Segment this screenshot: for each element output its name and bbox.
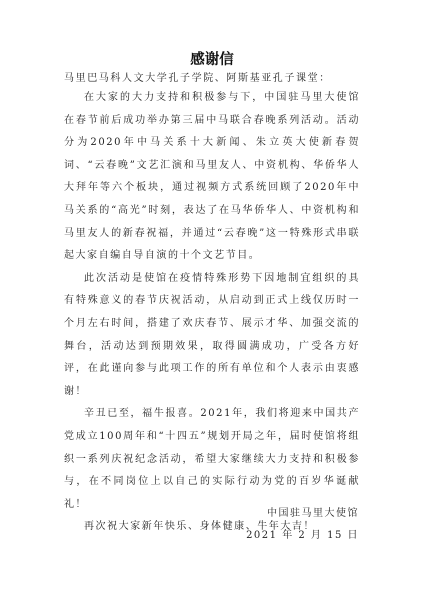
letter-page: 感谢信 马里巴马科人文大学孔子学院、阿斯基亚孔子课堂： 在大家的大力支持和积极参… xyxy=(0,0,424,600)
paragraph-outlook: 辛丑已至，福牛报喜。2021年，我们将迎来中国共产党成立100周年和“十四五”规… xyxy=(64,403,360,516)
signature-date: 2021 年 2 月 15 日 xyxy=(0,526,359,541)
letter-title: 感谢信 xyxy=(0,48,424,69)
letter-body: 在大家的大力支持和积极参与下，中国驻马里大使馆在春节前后成功举办第三届中马联合春… xyxy=(64,87,360,539)
paragraph-thanks: 此次活动是使馆在疫情特殊形势下因地制宜组织的具有特殊意义的春节庆祝活动，从启动到… xyxy=(64,268,360,404)
letter-salutation: 马里巴马科人文大学孔子学院、阿斯基亚孔子课堂： xyxy=(64,69,331,84)
signature-organization: 中国驻马里大使馆 xyxy=(0,504,359,519)
paragraph-activities: 在大家的大力支持和积极参与下，中国驻马里大使馆在春节前后成功举办第三届中马联合春… xyxy=(64,87,360,268)
